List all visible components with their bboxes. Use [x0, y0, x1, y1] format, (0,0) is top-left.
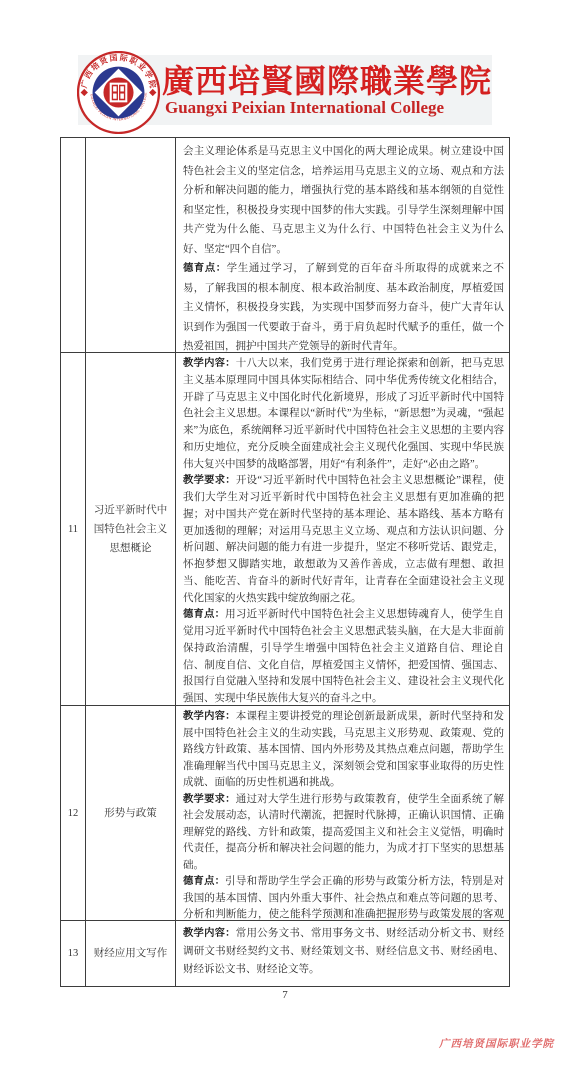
- table-row: 12 形势与政策 教学内容：本课程主要讲授党的理论创新最新成果，新时代坚持和发展…: [61, 706, 509, 921]
- content-paragraph: 教学内容：本课程主要讲授党的理论创新最新成果，新时代坚持和发展中国特色社会主义的…: [183, 709, 504, 792]
- content-paragraph: 教学内容：常用公务文书、常用事务文书、财经活动分析文书、财经调研文书财经契约文书…: [183, 925, 504, 979]
- content-paragraph: 德育点：学生通过学习，了解到党的百年奋斗所取得的成就来之不易，了解我国的根本制度…: [183, 259, 504, 352]
- section-label: 德育点：: [183, 876, 225, 887]
- row-number-cell: 11: [61, 353, 86, 705]
- row-number-cell: 13: [61, 921, 86, 986]
- section-label: 德育点：: [183, 609, 225, 620]
- section-text: 用习近平新时代中国特色社会主义思想铸魂育人，使学生自觉用习近平新时代中国特色社会…: [183, 609, 504, 704]
- college-name-en: Guangxi Peixian International College: [165, 98, 495, 118]
- course-name-cell: 财经应用文写作: [86, 921, 176, 986]
- watermark-text: 广西培贤国际职业学院: [354, 1036, 554, 1051]
- course-name-cell: 习近平新时代中国特色社会主义思想概论: [86, 353, 176, 705]
- section-text: 本课程主要讲授党的理论创新最新成果，新时代坚持和发展中国特色社会主义的生动实践，…: [183, 711, 504, 788]
- course-content-cell: 教学内容：十八大以来，我们党勇于进行理论探索和创新，把马克思主义基本原理同中国具…: [176, 353, 509, 705]
- section-text: 开设“习近平新时代中国特色社会主义思想概论”课程，使我们大学生对习近平新时代中国…: [183, 475, 504, 603]
- section-label: 德育点：: [183, 263, 227, 274]
- content-paragraph: 德育点：引导和帮助学生学会正确的形势与政策分析方法，特别是对我国的基本国情、国内…: [183, 874, 504, 920]
- table-row: 11 习近平新时代中国特色社会主义思想概论 教学内容：十八大以来，我们党勇于进行…: [61, 353, 509, 706]
- section-text: 通过对大学生进行形势与政策教育，使学生全面系统了解社会发展动态，认清时代潮流，把…: [183, 794, 504, 871]
- college-seal-icon: 广西培贤国际职业学院 GUANGXI PEIXIAN INTERNATIONAL…: [77, 51, 160, 134]
- content-paragraph: 教学要求：通过对大学生进行形势与政策教育，使学生全面系统了解社会发展动态，认清时…: [183, 792, 504, 875]
- content-paragraph: 德育点：用习近平新时代中国特色社会主义思想铸魂育人，使学生自觉用习近平新时代中国…: [183, 607, 504, 705]
- section-label: 教学内容：: [183, 928, 236, 939]
- course-content-cell: 会主义理论体系是马克思主义中国化的两大理论成果。树立建设中国特色社会主义的坚定信…: [176, 138, 509, 352]
- table-row: 会主义理论体系是马克思主义中国化的两大理论成果。树立建设中国特色社会主义的坚定信…: [61, 138, 509, 353]
- page-number: 7: [0, 989, 570, 1001]
- course-name-cell: 形势与政策: [86, 706, 176, 920]
- content-paragraph: 教学要求：开设“习近平新时代中国特色社会主义思想概论”课程，使我们大学生对习近平…: [183, 473, 504, 607]
- course-content-cell: 教学内容：本课程主要讲授党的理论创新最新成果，新时代坚持和发展中国特色社会主义的…: [176, 706, 509, 920]
- row-number-cell: [61, 138, 86, 352]
- college-name-zh: 廣西培賢國際職業學院: [162, 56, 500, 96]
- course-content-cell: 教学内容：常用公务文书、常用事务文书、财经活动分析文书、财经调研文书财经契约文书…: [176, 921, 509, 986]
- row-number-cell: 12: [61, 706, 86, 920]
- content-paragraph: 教学内容：十八大以来，我们党勇于进行理论探索和创新，把马克思主义基本原理同中国具…: [183, 356, 504, 473]
- course-name-cell: [86, 138, 176, 352]
- section-text: 会主义理论体系是马克思主义中国化的两大理论成果。树立建设中国特色社会主义的坚定信…: [183, 146, 504, 255]
- section-text: 引导和帮助学生学会正确的形势与政策分析方法，特别是对我国的基本国情、国内外重大事…: [183, 876, 504, 920]
- section-label: 教学要求：: [183, 794, 236, 805]
- section-text: 十八大以来，我们党勇于进行理论探索和创新，把马克思主义基本原理同中国具体实际相结…: [183, 358, 504, 470]
- table-row: 13 财经应用文写作 教学内容：常用公务文书、常用事务文书、财经活动分析文书、财…: [61, 921, 509, 986]
- content-paragraph: 会主义理论体系是马克思主义中国化的两大理论成果。树立建设中国特色社会主义的坚定信…: [183, 142, 504, 259]
- course-syllabus-table: 会主义理论体系是马克思主义中国化的两大理论成果。树立建设中国特色社会主义的坚定信…: [60, 137, 510, 987]
- section-label: 教学要求：: [183, 475, 236, 486]
- section-label: 教学内容：: [183, 711, 236, 722]
- section-label: 教学内容：: [183, 358, 236, 369]
- section-text: 学生通过学习，了解到党的百年奋斗所取得的成就来之不易，了解我国的根本制度、根本政…: [183, 263, 504, 352]
